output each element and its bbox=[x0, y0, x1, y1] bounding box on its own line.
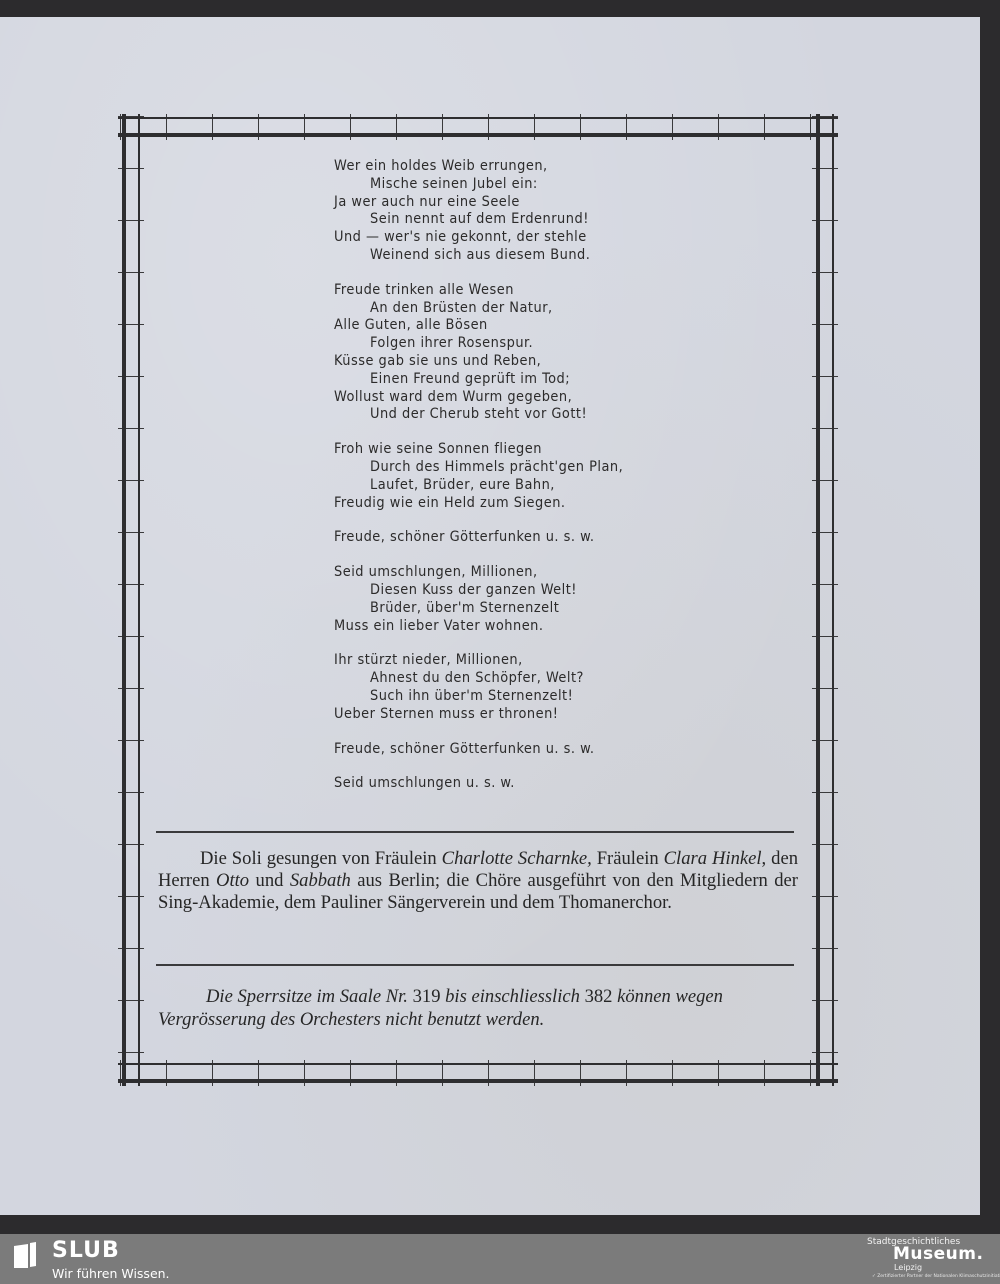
poem-text: Wer ein holdes Weib errungen,Mische sein… bbox=[334, 158, 734, 810]
poem-line: Weinend sich aus diesem Bund. bbox=[334, 247, 734, 265]
border-bottom bbox=[118, 1060, 838, 1086]
poem-line: Durch des Himmels prächt'gen Plan, bbox=[334, 459, 734, 477]
divider-rule bbox=[156, 964, 794, 966]
text: Die Sperrsitze im Saale Nr. bbox=[206, 986, 413, 1007]
poem-stanza: Seid umschlungen, Millionen,Diesen Kuss … bbox=[334, 564, 734, 635]
poem-line: Und — wer's nie gekonnt, der stehle bbox=[334, 229, 734, 247]
poem-line: Und der Cherub steht vor Gott! bbox=[334, 406, 734, 424]
poem-line: Freude, schöner Götterfunken u. s. w. bbox=[334, 741, 734, 759]
poem-stanza: Freude trinken alle WesenAn den Brüsten … bbox=[334, 282, 734, 424]
poem-line: Freude, schöner Götterfunken u. s. w. bbox=[334, 529, 734, 547]
text: Die Soli gesungen von Fräulein bbox=[200, 848, 442, 869]
slub-tagline: Wir führen Wissen. bbox=[52, 1266, 170, 1281]
text: bis einschliesslich bbox=[440, 986, 584, 1007]
singer-name: Charlotte Scharnke, bbox=[442, 848, 592, 869]
poem-line: Seid umschlungen u. s. w. bbox=[334, 775, 734, 793]
poem-stanza: Seid umschlungen u. s. w. bbox=[334, 775, 734, 793]
poem-line: Laufet, Brüder, eure Bahn, bbox=[334, 477, 734, 495]
poem-stanza: Freude, schöner Götterfunken u. s. w. bbox=[334, 741, 734, 759]
poem-line: An den Brüsten der Natur, bbox=[334, 300, 734, 318]
poem-line: Sein nennt auf dem Erdenrund! bbox=[334, 211, 734, 229]
divider-rule bbox=[156, 831, 794, 833]
poem-line: Ueber Sternen muss er thronen! bbox=[334, 706, 734, 724]
seat-number: 382 bbox=[585, 986, 613, 1007]
museum-certification: ✓ Zertifizierter Partner der Nationalen … bbox=[872, 1274, 1000, 1279]
museum-logo-text[interactable]: Museum. bbox=[893, 1244, 983, 1264]
text: Fräulein bbox=[592, 848, 664, 869]
slub-book-icon bbox=[12, 1241, 40, 1269]
border-left bbox=[118, 114, 144, 1086]
poem-line: Wollust ward dem Wurm gegeben, bbox=[334, 389, 734, 407]
seating-notice: Die Sperrsitze im Saale Nr. 319 bis eins… bbox=[158, 986, 798, 1031]
border-top bbox=[118, 114, 838, 140]
poem-stanza: Freude, schöner Götterfunken u. s. w. bbox=[334, 529, 734, 547]
slub-logo-text[interactable]: SLUB bbox=[52, 1238, 120, 1263]
footer-bar: SLUB Wir führen Wissen. Stadtgeschichtli… bbox=[0, 1234, 1000, 1284]
poem-line: Ihr stürzt nieder, Millionen, bbox=[334, 652, 734, 670]
poem-line: Einen Freund geprüft im Tod; bbox=[334, 371, 734, 389]
poem-stanza: Wer ein holdes Weib errungen,Mische sein… bbox=[334, 158, 734, 265]
poem-line: Ahnest du den Schöpfer, Welt? bbox=[334, 670, 734, 688]
singer-name: Otto bbox=[216, 870, 249, 891]
poem-line: Alle Guten, alle Bösen bbox=[334, 317, 734, 335]
poem-line: Folgen ihrer Rosenspur. bbox=[334, 335, 734, 353]
text: und bbox=[249, 870, 290, 891]
poem-line: Freude trinken alle Wesen bbox=[334, 282, 734, 300]
poem-line: Brüder, über'm Sternenzelt bbox=[334, 600, 734, 618]
poem-stanza: Froh wie seine Sonnen fliegenDurch des H… bbox=[334, 441, 734, 512]
poem-line: Seid umschlungen, Millionen, bbox=[334, 564, 734, 582]
border-right bbox=[812, 114, 838, 1086]
poem-line: Mische seinen Jubel ein: bbox=[334, 176, 734, 194]
poem-line: Diesen Kuss der ganzen Welt! bbox=[334, 582, 734, 600]
soloists-paragraph: Die Soli gesungen von Fräulein Charlotte… bbox=[158, 848, 798, 914]
poem-line: Muss ein lieber Vater wohnen. bbox=[334, 618, 734, 636]
poem-line: Ja wer auch nur eine Seele bbox=[334, 194, 734, 212]
singer-name: Sabbath bbox=[290, 870, 351, 891]
poem-line: Such ihn über'm Sternenzelt! bbox=[334, 688, 734, 706]
poem-stanza: Ihr stürzt nieder, Millionen,Ahnest du d… bbox=[334, 652, 734, 723]
singer-name: Clara Hinkel bbox=[664, 848, 762, 869]
seat-number: 319 bbox=[413, 986, 441, 1007]
poem-line: Küsse gab sie uns und Reben, bbox=[334, 353, 734, 371]
poem-line: Froh wie seine Sonnen fliegen bbox=[334, 441, 734, 459]
museum-city: Leipzig bbox=[894, 1263, 922, 1272]
poem-line: Freudig wie ein Held zum Siegen. bbox=[334, 495, 734, 513]
poem-line: Wer ein holdes Weib errungen, bbox=[334, 158, 734, 176]
